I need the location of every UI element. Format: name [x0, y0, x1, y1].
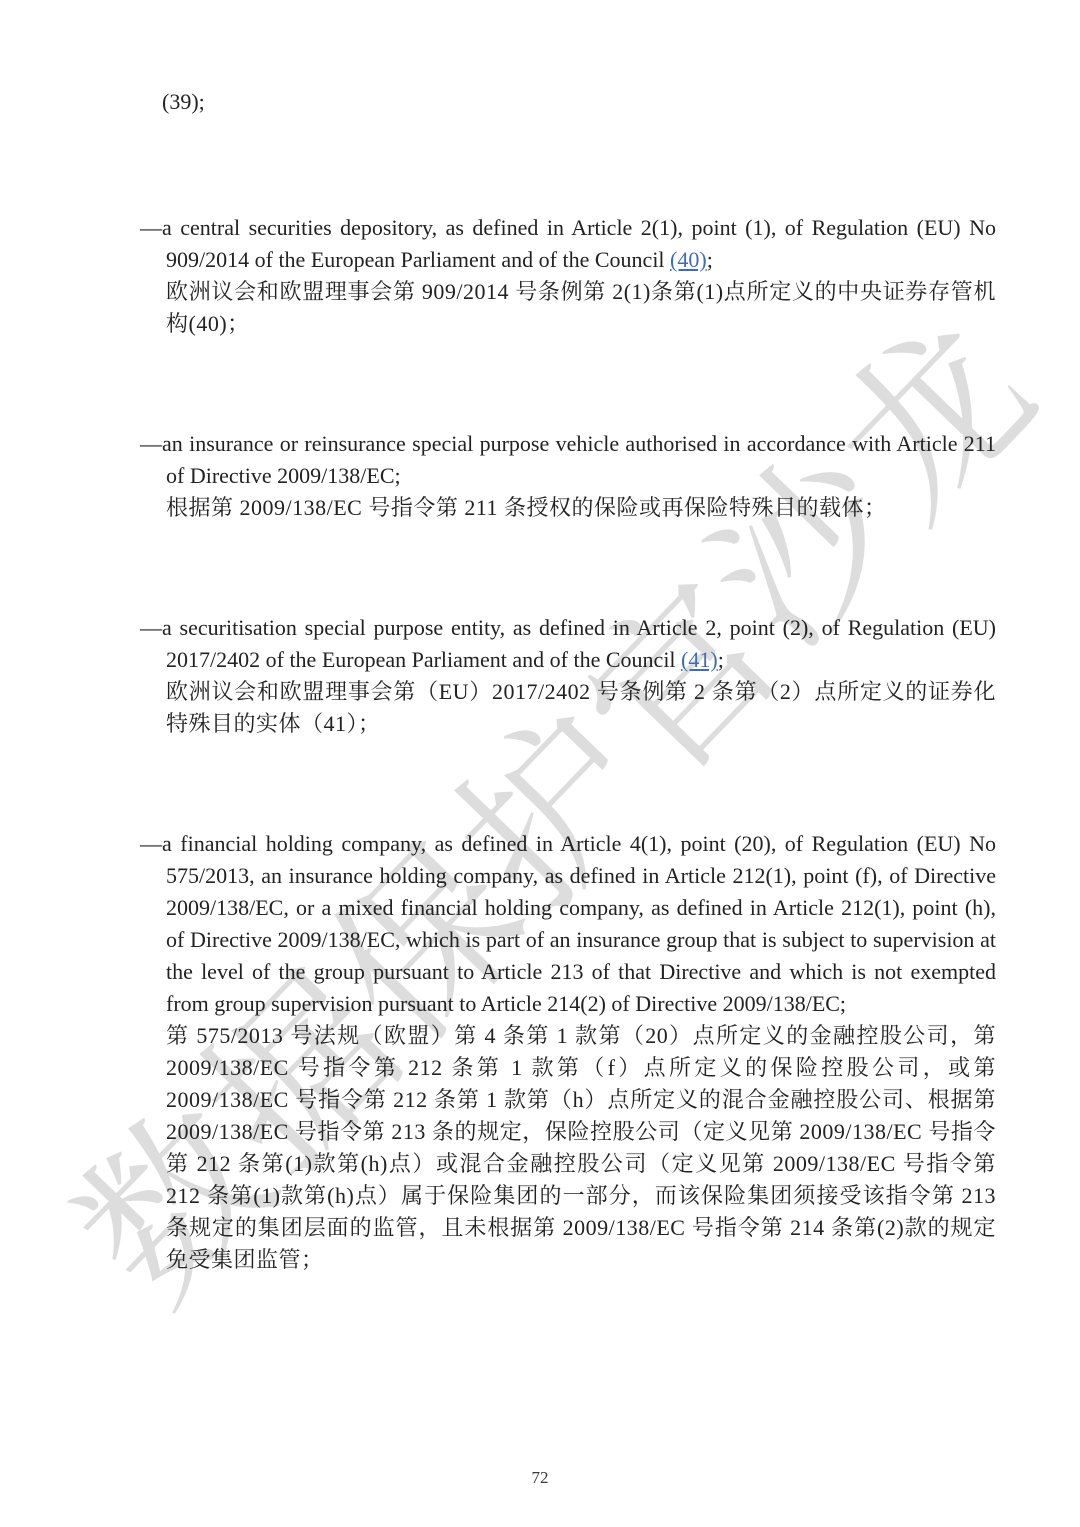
page-number: 72: [0, 1468, 1080, 1488]
definition-en-text: —a central securities depository, as def…: [140, 215, 996, 272]
list-continuation-marker: (39);: [140, 86, 996, 118]
definition-item: —a financial holding company, as defined…: [140, 828, 996, 1276]
definition-item: —a central securities depository, as def…: [140, 212, 996, 340]
document-page: 数据保护官沙龙 (39); —a central securities depo…: [0, 0, 1080, 1527]
definition-en: —a securitisation special purpose entity…: [166, 612, 996, 676]
definition-zh: 欧洲议会和欧盟理事会第（EU）2017/2402 号条例第 2 条第（2）点所定…: [166, 676, 996, 740]
definition-zh: 欧洲议会和欧盟理事会第 909/2014 号条例第 2(1)条第(1)点所定义的…: [166, 276, 996, 340]
document-body: (39); —a central securities depository, …: [140, 86, 996, 1276]
definition-en-text: —a securitisation special purpose entity…: [140, 615, 996, 672]
definition-en-suffix: ;: [707, 247, 713, 272]
definition-item: —an insurance or reinsurance special pur…: [140, 428, 996, 524]
definition-zh: 第 575/2013 号法规（欧盟）第 4 条第 1 款第（20）点所定义的金融…: [166, 1020, 996, 1276]
definition-en: —an insurance or reinsurance special pur…: [166, 428, 996, 492]
definition-zh: 根据第 2009/138/EC 号指令第 211 条授权的保险或再保险特殊目的载…: [166, 492, 996, 524]
definition-en: —a financial holding company, as defined…: [166, 828, 996, 1020]
definition-en: —a central securities depository, as def…: [166, 212, 996, 276]
definition-en-suffix: ;: [718, 647, 724, 672]
footnote-link-41[interactable]: (41): [681, 647, 718, 672]
definition-item: —a securitisation special purpose entity…: [140, 612, 996, 740]
footnote-link-40[interactable]: (40): [670, 247, 707, 272]
